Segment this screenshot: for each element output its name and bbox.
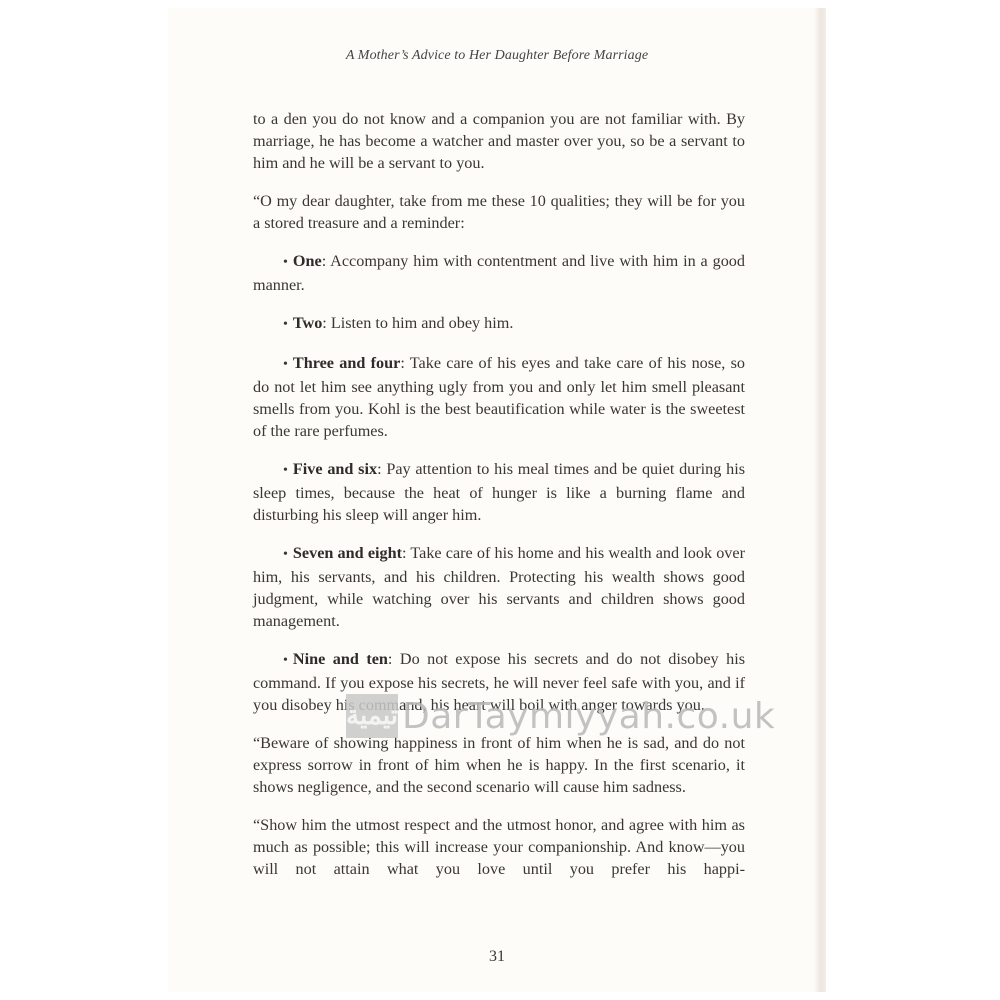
running-head: A Mother’s Advice to Her Daughter Before… [253, 48, 741, 64]
bullet-text: : Accompany him with contentment and liv… [253, 252, 745, 294]
paragraph-continuation: to a den you do not know and a companion… [253, 108, 745, 174]
bullet-icon: • [283, 463, 288, 478]
list-item: •Three and four: Take care of his eyes a… [253, 352, 745, 442]
list-item: •Nine and ten: Do not expose his secrets… [253, 648, 745, 716]
bullet-icon: • [283, 547, 288, 562]
bullet-label: Seven and eight [293, 544, 402, 562]
bullet-icon: • [283, 255, 288, 270]
paragraph-beware: “Beware of showing happiness in front of… [253, 732, 745, 798]
page-edge-shadow [814, 8, 826, 992]
bullet-icon: • [283, 357, 288, 372]
bullet-icon: • [283, 317, 288, 332]
bullet-label: One [293, 252, 322, 270]
bullet-icon: • [283, 653, 288, 668]
paragraph-ten-qualities-intro: “O my dear daughter, take from me these … [253, 190, 745, 234]
page-number: 31 [168, 948, 826, 966]
body-text: to a den you do not know and a companion… [253, 108, 745, 896]
bullet-label: Five and six [293, 460, 377, 478]
list-item: •Two: Listen to him and obey him. [253, 312, 745, 336]
paragraph-respect: “Show him the utmost respect and the utm… [253, 814, 745, 880]
list-item: •Seven and eight: Take care of his home … [253, 542, 745, 632]
bullet-label: Two [293, 314, 322, 332]
bullet-text: : Listen to him and obey him. [322, 314, 513, 332]
bullet-label: Nine and ten [293, 650, 388, 668]
list-item: •One: Accompany him with contentment and… [253, 250, 745, 296]
list-item: •Five and six: Pay attention to his meal… [253, 458, 745, 526]
book-page: A Mother’s Advice to Her Daughter Before… [168, 8, 826, 992]
bullet-label: Three and four [293, 354, 400, 372]
